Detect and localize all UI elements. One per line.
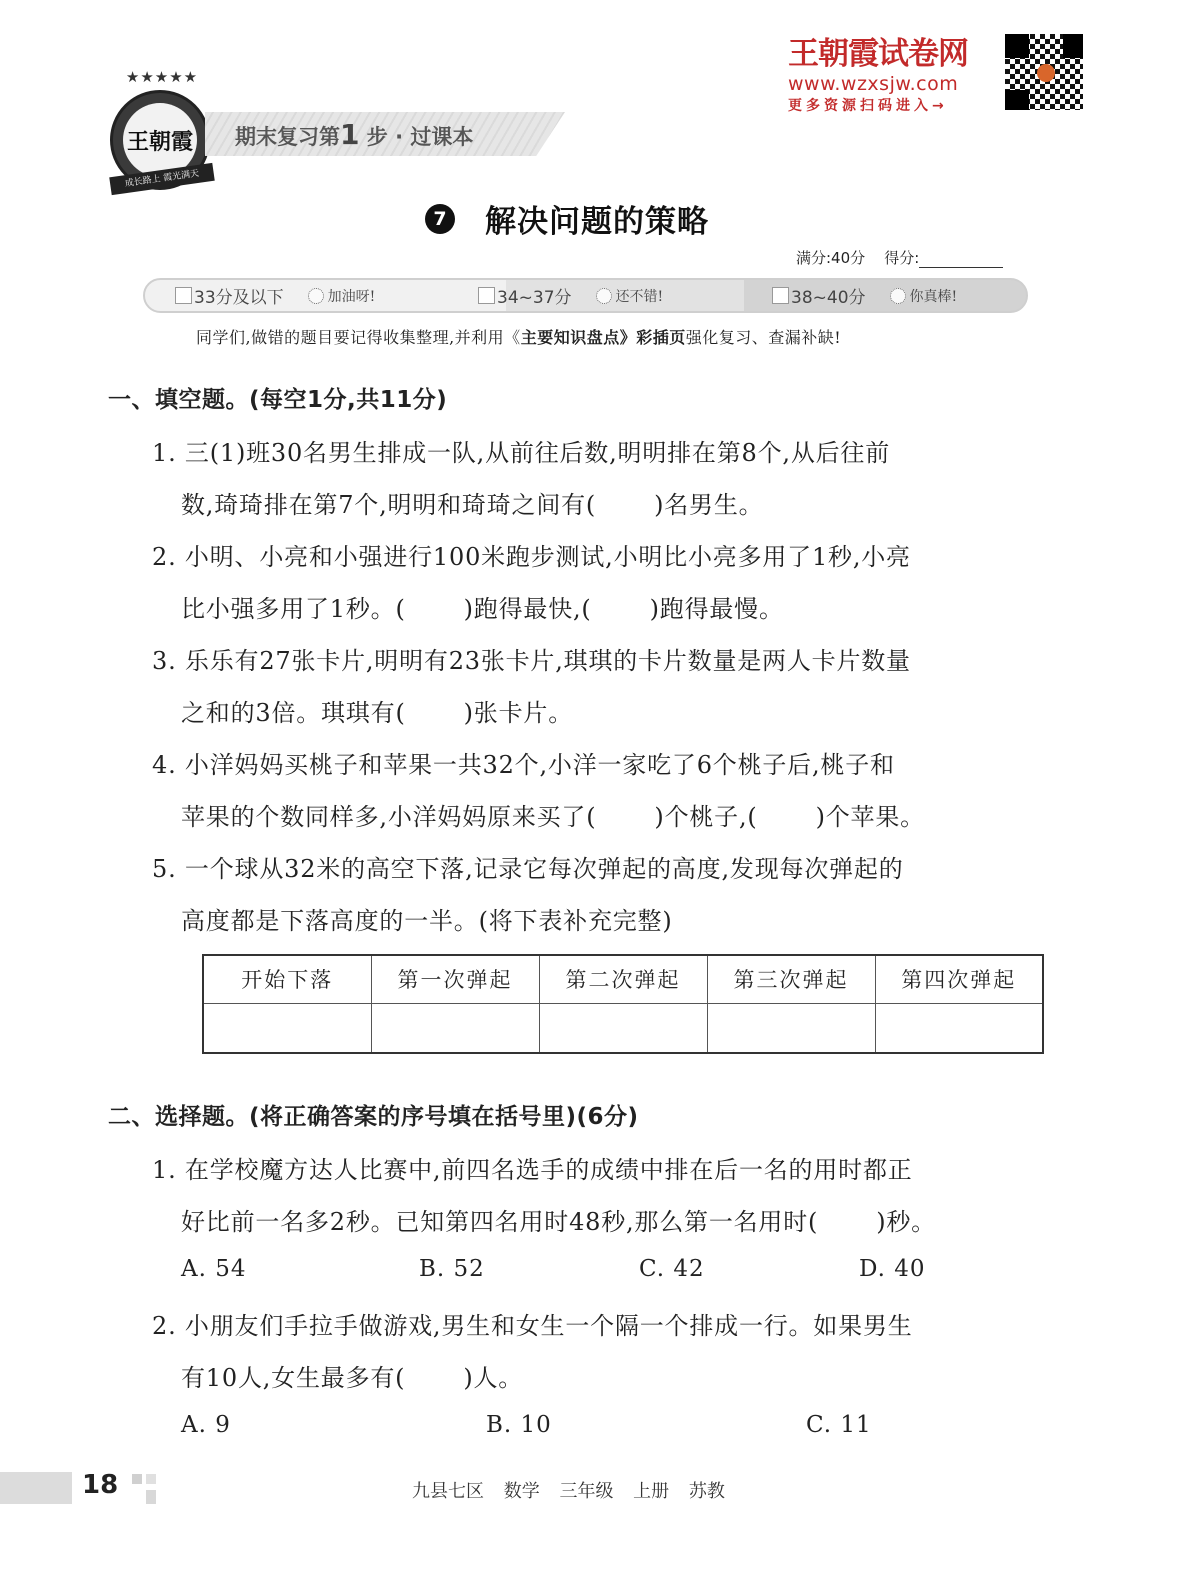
tier-range: 34~37分 bbox=[497, 283, 572, 308]
note-bold: 主要知识盘点》彩插页 bbox=[521, 328, 686, 347]
option-c[interactable]: C. 42 bbox=[639, 1256, 705, 1282]
question-2-1-line1: 1. 在学校魔方达人比赛中,前四名选手的成绩中排在后一名的用时都正 bbox=[152, 1150, 913, 1185]
question-2-2-line1: 2. 小朋友们手拉手做游戏,男生和女生一个隔一个排成一行。如果男生 bbox=[152, 1306, 913, 1341]
table-header: 开始下落 bbox=[203, 955, 371, 1003]
table-header: 第二次弹起 bbox=[539, 955, 707, 1003]
brand-scan-text: 更多资源扫码进入→ bbox=[788, 95, 1008, 115]
question-1-5-line1: 5. 一个球从32米的高空下落,记录它每次弹起的高度,发现每次弹起的 bbox=[152, 849, 904, 884]
note-text-end: 强化复习、查漏补缺! bbox=[686, 328, 841, 347]
publisher-logo: ★★★★★ 王朝霞 成长路上 霞光满天 bbox=[106, 68, 216, 188]
checkbox[interactable] bbox=[175, 287, 192, 304]
text: )跑得最快,( bbox=[464, 595, 592, 623]
text: )名男生。 bbox=[654, 491, 763, 519]
text: 比小强多用了1秒。( bbox=[181, 595, 406, 623]
option-d[interactable]: D. 40 bbox=[859, 1256, 926, 1282]
review-step-banner: 期末复习第1 步 · 过课本 bbox=[205, 112, 565, 156]
option-c[interactable]: C. 11 bbox=[806, 1412, 872, 1438]
text: )个苹果。 bbox=[816, 803, 925, 831]
option-b[interactable]: B. 52 bbox=[419, 1256, 485, 1282]
question-1-2-line2: 比小强多用了1秒。()跑得最快,()跑得最慢。 bbox=[181, 589, 784, 624]
brand-block: 王朝霞试卷网 www.wzxsjw.com 更多资源扫码进入→ bbox=[788, 28, 1008, 115]
bounce-height-table: 开始下落 第一次弹起 第二次弹起 第三次弹起 第四次弹起 bbox=[202, 954, 1044, 1054]
score-tier-high: 38~40分 你真棒! bbox=[772, 283, 957, 308]
text: )个桃子,( bbox=[654, 803, 757, 831]
banner-prefix: 期末复习第 bbox=[235, 125, 340, 149]
table-cell-answer[interactable] bbox=[203, 1003, 371, 1053]
tier-range: 33分及以下 bbox=[194, 283, 284, 308]
text: )跑得最慢。 bbox=[650, 595, 784, 623]
text: 好比前一名多2秒。已知第四名用时48秒,那么第一名用时( bbox=[181, 1208, 818, 1236]
score-tier-mid: 34~37分 还不错! bbox=[478, 283, 663, 308]
score-rating-bar: 33分及以下 加油呀! 34~37分 还不错! 38~40分 你真棒! bbox=[143, 278, 1028, 313]
checkbox[interactable] bbox=[478, 287, 495, 304]
question-2-2-line2: 有10人,女生最多有()人。 bbox=[181, 1358, 523, 1393]
page-tab-decoration bbox=[0, 1472, 72, 1504]
decorative-square bbox=[132, 1474, 142, 1484]
tier-message: 还不错! bbox=[616, 286, 664, 306]
banner-suffix: 步 · 过课本 bbox=[367, 125, 474, 149]
table-row bbox=[203, 1003, 1043, 1053]
table-header: 第一次弹起 bbox=[371, 955, 539, 1003]
option-a[interactable]: A. 54 bbox=[181, 1256, 247, 1282]
chapter-number-badge: 7 bbox=[425, 204, 455, 234]
study-note: 同学们,做错的题目要记得收集整理,并利用《主要知识盘点》彩插页强化复习、查漏补缺… bbox=[196, 325, 841, 348]
note-text: 同学们,做错的题目要记得收集整理,并利用《 bbox=[196, 328, 521, 347]
table-cell-answer[interactable] bbox=[539, 1003, 707, 1053]
option-a[interactable]: A. 9 bbox=[181, 1412, 231, 1438]
table-header: 第四次弹起 bbox=[875, 955, 1043, 1003]
qr-code-icon[interactable] bbox=[1003, 32, 1085, 112]
face-icon bbox=[890, 288, 906, 304]
text: )张卡片。 bbox=[464, 699, 573, 727]
chapter-title: 解决问题的策略 bbox=[485, 196, 709, 241]
score-tier-low: 33分及以下 加油呀! bbox=[175, 283, 375, 308]
section-heading-multiple-choice: 二、选择题。(将正确答案的序号填在括号里)(6分) bbox=[108, 1098, 639, 1131]
tier-range: 38~40分 bbox=[791, 283, 866, 308]
table-header: 第三次弹起 bbox=[707, 955, 875, 1003]
face-icon bbox=[596, 288, 612, 304]
score-info: 满分:40分 得分: bbox=[796, 247, 1003, 268]
text: 之和的3倍。琪琪有( bbox=[181, 699, 406, 727]
table-cell-answer[interactable] bbox=[371, 1003, 539, 1053]
checkbox[interactable] bbox=[772, 287, 789, 304]
decorative-square bbox=[146, 1474, 156, 1484]
question-1-5-line2: 高度都是下落高度的一半。(将下表补充完整) bbox=[181, 901, 673, 936]
score-input-line[interactable] bbox=[919, 254, 1003, 268]
banner-text: 期末复习第1 步 · 过课本 bbox=[235, 118, 473, 151]
question-2-1-line2: 好比前一名多2秒。已知第四名用时48秒,那么第一名用时()秒。 bbox=[181, 1202, 936, 1237]
brand-url[interactable]: www.wzxsjw.com bbox=[788, 73, 1008, 95]
table-cell-answer[interactable] bbox=[707, 1003, 875, 1053]
page-number: 18 bbox=[82, 1470, 118, 1500]
banner-step-number: 1 bbox=[340, 118, 359, 151]
stars-icon: ★★★★★ bbox=[116, 68, 208, 86]
text: 数,琦琦排在第7个,明明和琦琦之间有( bbox=[181, 491, 596, 519]
brand-name: 王朝霞试卷网 bbox=[788, 28, 1008, 73]
question-1-1-line2: 数,琦琦排在第7个,明明和琦琦之间有()名男生。 bbox=[181, 485, 763, 520]
face-icon bbox=[308, 288, 324, 304]
question-1-3-line1: 3. 乐乐有27张卡片,明明有23张卡片,琪琪的卡片数量是两人卡片数量 bbox=[152, 641, 911, 676]
text: )秒。 bbox=[876, 1208, 936, 1236]
question-1-1-line1: 1. 三(1)班30名男生排成一队,从前往后数,明明排在第8个,从后往前 bbox=[152, 433, 890, 468]
table-cell-answer[interactable] bbox=[875, 1003, 1043, 1053]
question-1-4-line1: 4. 小洋妈妈买桃子和苹果一共32个,小洋一家吃了6个桃子后,桃子和 bbox=[152, 745, 895, 780]
question-1-4-line2: 苹果的个数同样多,小洋妈妈原来买了()个桃子,()个苹果。 bbox=[181, 797, 925, 832]
option-b[interactable]: B. 10 bbox=[486, 1412, 552, 1438]
decorative-square bbox=[146, 1490, 156, 1504]
text: )人。 bbox=[463, 1364, 523, 1392]
got-score-label: 得分: bbox=[884, 249, 919, 267]
question-1-2-line1: 2. 小明、小亮和小强进行100米跑步测试,小明比小亮多用了1秒,小亮 bbox=[152, 537, 911, 572]
question-1-3-line2: 之和的3倍。琪琪有()张卡片。 bbox=[181, 693, 573, 728]
text: 有10人,女生最多有( bbox=[181, 1364, 405, 1392]
page-title: 7 解决问题的策略 bbox=[425, 196, 709, 241]
table-header-row: 开始下落 第一次弹起 第二次弹起 第三次弹起 第四次弹起 bbox=[203, 955, 1043, 1003]
tier-message: 加油呀! bbox=[328, 286, 376, 306]
tier-message: 你真棒! bbox=[910, 286, 958, 306]
text: 苹果的个数同样多,小洋妈妈原来买了( bbox=[181, 803, 596, 831]
footer-book-info: 九县七区 数学 三年级 上册 苏教 bbox=[412, 1477, 725, 1503]
full-score-label: 满分:40分 bbox=[796, 249, 865, 267]
section-heading-fill-blank: 一、填空题。(每空1分,共11分) bbox=[108, 381, 447, 414]
